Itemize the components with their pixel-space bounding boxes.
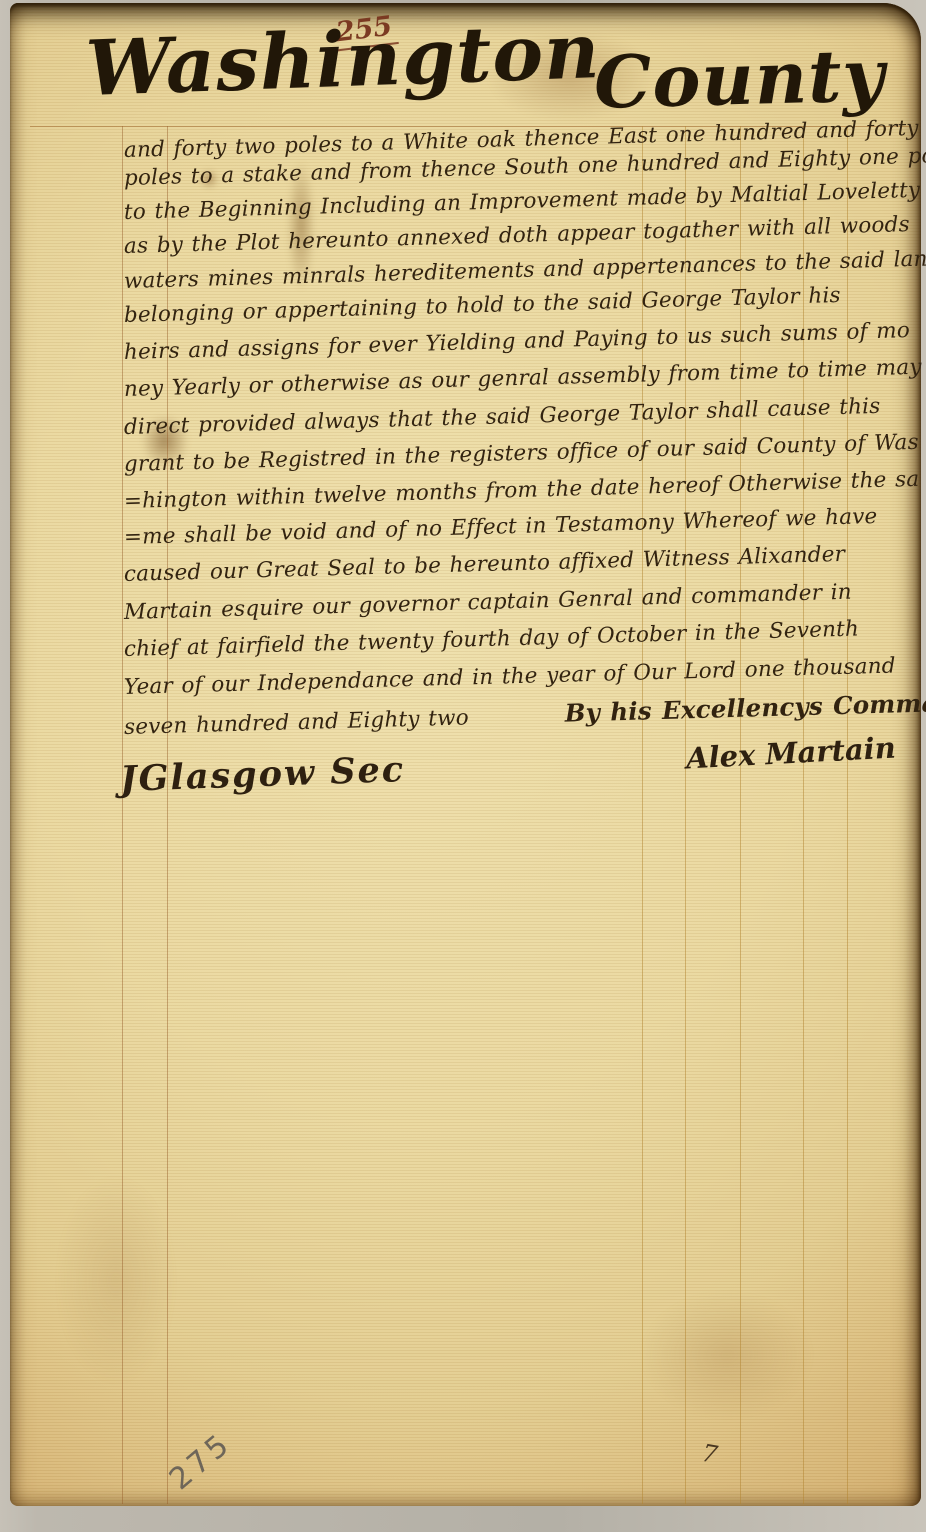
scanned-manuscript: 255 Washington County and forty two pole… <box>0 0 926 1532</box>
margin-rule-line <box>167 126 168 1504</box>
margin-rule-line <box>122 126 123 1504</box>
heading-county: County <box>593 32 886 125</box>
heading-washington: Washington <box>84 6 601 113</box>
